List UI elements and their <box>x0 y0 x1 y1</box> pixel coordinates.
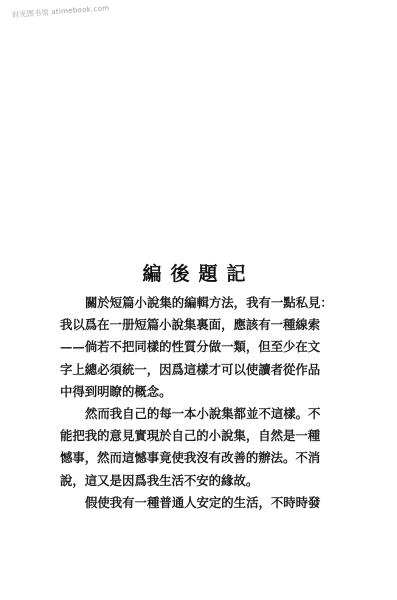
text-line: 能把我的意見實現於自己的小說集，自然是一種 <box>60 425 350 447</box>
page-title: 編後題記 <box>0 259 397 286</box>
text-line: 中得到明瞭的概念。 <box>60 381 350 403</box>
text-line: 說，這又是因爲我生活不安的緣故。 <box>60 470 350 492</box>
text-line: 我以爲在一册短篇小說集裏面，應該有一種線索 <box>60 314 350 336</box>
text-line: ——倘若不把同樣的性質分做一類，但至少在文 <box>60 336 350 358</box>
text-line: 憾事，然而這憾事竟使我沒有改善的辦法。不消 <box>60 447 350 469</box>
text-line: 字上總必須統一，因爲這樣才可以使讀者從作品 <box>60 359 350 381</box>
body-text: 關於短篇小說集的編輯方法，我有一點私見： 我以爲在一册短篇小說集裏面，應該有一種… <box>60 292 350 514</box>
text-line: 關於短篇小說集的編輯方法，我有一點私見： <box>60 292 350 314</box>
watermark: 时光图书馆 atimebook.com <box>12 3 110 20</box>
text-line: 然而我自己的每一本小說集都並不這樣。不 <box>60 403 350 425</box>
text-line: 假使我有一種普通人安定的生活，不時時發 <box>60 492 350 514</box>
